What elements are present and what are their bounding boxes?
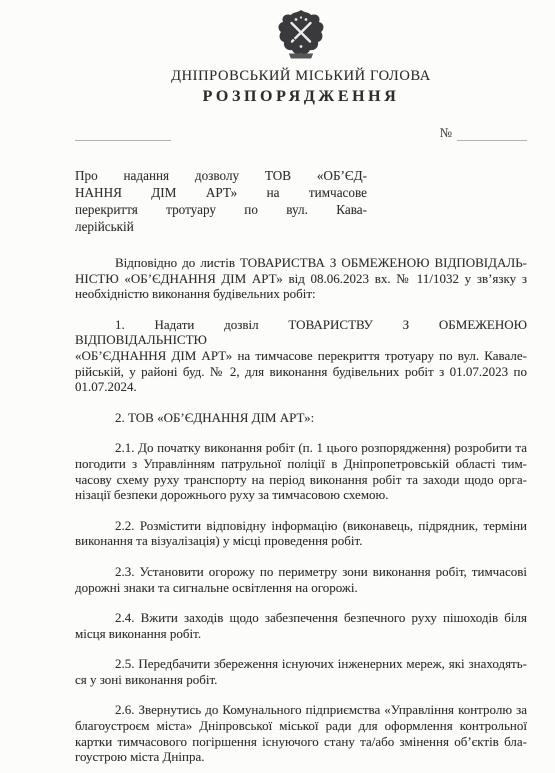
paragraph-line: місця виконання робіт.	[75, 626, 527, 642]
paragraph-line: 2.6. Звернутись до Комунального підприєм…	[75, 702, 527, 718]
paragraph-line: дорожні знаки та сигнальне освітлення на…	[75, 580, 527, 596]
paragraph-line: рійській, у районі буд. № 2, для виконан…	[75, 364, 527, 380]
paragraph-line: гоустрою міста Дніпра.	[75, 749, 527, 765]
paragraph-line: часову схему руху транспорту на період в…	[75, 472, 527, 488]
document-body: Відповідно до листів ТОВАРИСТВА З ОБМЕЖЕ…	[75, 255, 527, 765]
number-sign: №	[440, 125, 452, 141]
paragraph-line: необхідністю виконання будівельних робіт…	[75, 286, 527, 302]
paragraph-line: 2.4. Вжити заходів щодо забезпечення без…	[75, 610, 527, 626]
paragraph: 2.6. Звернутись до Комунального підприєм…	[75, 702, 527, 764]
paragraph-line: 2.1. До початку виконання робіт (п. 1 ць…	[75, 440, 527, 456]
paragraph: 2.5. Передбачити збереження існуючих інж…	[75, 656, 527, 687]
paragraph-line: НІСТЮ «ОБ’ЄДНАННЯ ДІМ АРТ» від 08.06.202…	[75, 271, 527, 287]
paragraph-line: ся у зоні виконання робіт.	[75, 672, 527, 688]
subject-line: лерійській	[75, 218, 367, 235]
paragraph-line: картки тимчасового погіршення існуючого …	[75, 734, 527, 750]
paragraph-line: 2.5. Передбачити збереження існуючих інж…	[75, 656, 527, 672]
paragraph-line: благоустроєм міста» Дніпровської міської…	[75, 718, 527, 734]
paragraph: 2. ТОВ «ОБ’ЄДНАННЯ ДІМ АРТ»:	[75, 410, 527, 426]
paragraph-line: 01.07.2024.	[75, 379, 527, 395]
paragraph-line: 2.2. Розмістити відповідну інформацію (в…	[75, 518, 527, 534]
paragraph-line: Відповідно до листів ТОВАРИСТВА З ОБМЕЖЕ…	[75, 255, 527, 271]
subject-line: Про надання дозволу ТОВ «ОБ’ЄД-	[75, 167, 367, 184]
document-type-title: РОЗПОРЯДЖЕННЯ	[75, 87, 527, 106]
paragraph: 2.3. Установити огорожу по периметру зон…	[75, 564, 527, 595]
dnipro-coat-of-arms-icon	[271, 8, 331, 60]
document-page: ДНІПРОВСЬКИЙ МІСЬКИЙ ГОЛОВА РОЗПОРЯДЖЕНН…	[0, 0, 555, 773]
paragraph: Відповідно до листів ТОВАРИСТВА З ОБМЕЖЕ…	[75, 255, 527, 302]
number-blank-line	[457, 128, 527, 141]
paragraph-line: 1. Надати дозвіл ТОВАРИСТВУ З ОБМЕЖЕНОЮ …	[75, 317, 527, 348]
subject-block: Про надання дозволу ТОВ «ОБ’ЄД-НАННЯ ДІМ…	[75, 167, 367, 235]
date-blank-line	[75, 128, 171, 141]
document-header: ДНІПРОВСЬКИЙ МІСЬКИЙ ГОЛОВА РОЗПОРЯДЖЕНН…	[75, 8, 527, 106]
paragraph-line: виконання та візуалізація) у місці прове…	[75, 533, 527, 549]
paragraph: 2.2. Розмістити відповідну інформацію (в…	[75, 518, 527, 549]
paragraph-line: погодити з Управлінням патрульної поліці…	[75, 456, 527, 472]
subject-line: перекриття тротуару по вул. Кава-	[75, 201, 367, 218]
paragraph-line: «ОБ’ЄДНАННЯ ДІМ АРТ» на тимчасове перекр…	[75, 348, 527, 364]
issuing-authority-title: ДНІПРОВСЬКИЙ МІСЬКИЙ ГОЛОВА	[75, 68, 527, 85]
paragraph: 1. Надати дозвіл ТОВАРИСТВУ З ОБМЕЖЕНОЮ …	[75, 317, 527, 395]
paragraph-line: 2. ТОВ «ОБ’ЄДНАННЯ ДІМ АРТ»:	[75, 410, 527, 426]
date-number-row: №	[75, 128, 527, 141]
paragraph: 2.4. Вжити заходів щодо забезпечення без…	[75, 610, 527, 641]
paragraph: 2.1. До початку виконання робіт (п. 1 ць…	[75, 440, 527, 502]
number-field: №	[440, 125, 527, 141]
subject-line: НАННЯ ДІМ АРТ» на тимчасове	[75, 184, 367, 201]
paragraph-line: нізації безпеки дорожнього руху за тимча…	[75, 487, 527, 503]
paragraph-line: 2.3. Установити огорожу по периметру зон…	[75, 564, 527, 580]
